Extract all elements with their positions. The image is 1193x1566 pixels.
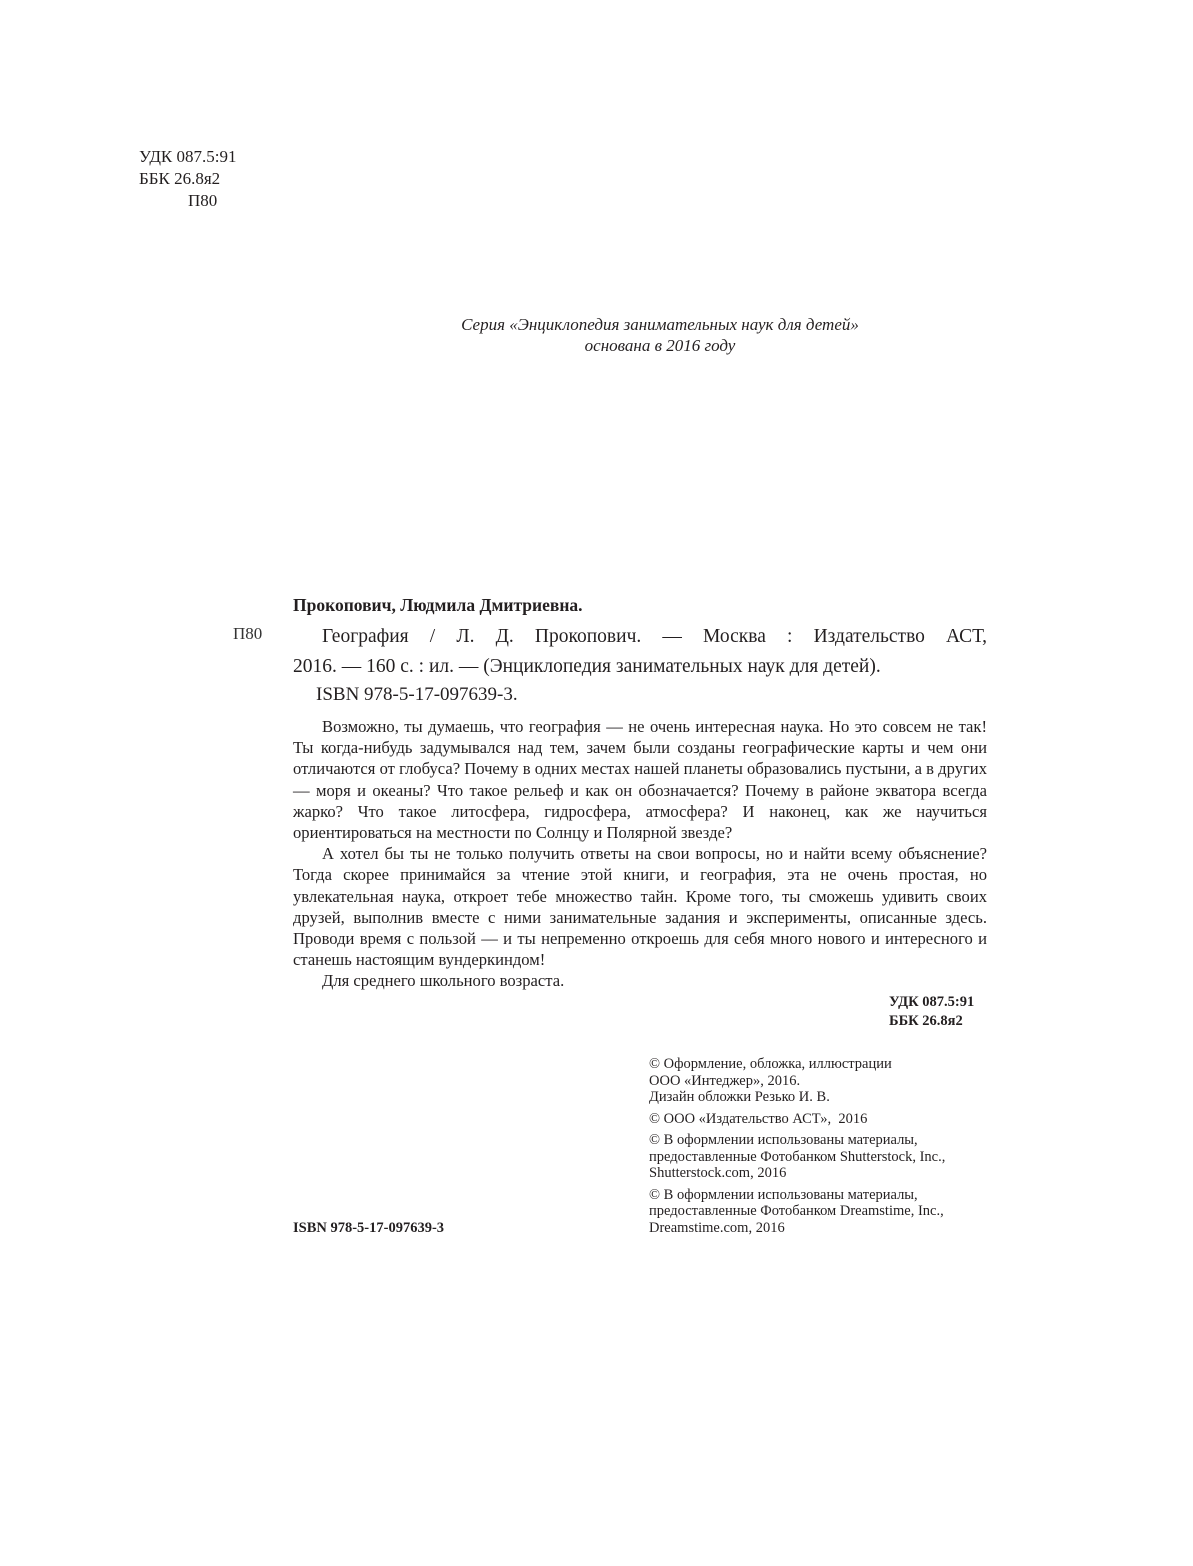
annotation-paragraph-3: Для среднего школьного возраста. [293, 970, 987, 991]
classification-codes: УДК 087.5:91 ББК 26.8я2 П80 [139, 146, 236, 212]
copyright-line: предоставленные Фотобанком Shutterstock,… [649, 1149, 945, 1165]
bibliographic-description: География / Л. Д. Прокопович. — Москва :… [293, 622, 987, 682]
copyright-design: © Оформление, обложка, иллюстрации ООО «… [649, 1056, 1009, 1106]
classification-bottom: УДК 087.5:91 ББК 26.8я2 [889, 993, 974, 1031]
udk-code: УДК 087.5:91 [139, 146, 236, 168]
isbn-bottom: ISBN 978-5-17-097639-3 [293, 1220, 444, 1237]
copyright-line: Shutterstock.com, 2016 [649, 1165, 786, 1181]
udk-code-bottom: УДК 087.5:91 [889, 993, 974, 1012]
record-isbn: ISBN 978-5-17-097639-3. [316, 684, 518, 706]
record-author: Прокопович, Людмила Дмитриевна. [293, 595, 583, 616]
bbk-code-bottom: ББК 26.8я2 [889, 1012, 974, 1031]
copyright-line: Dreamstime.com, 2016 [649, 1220, 785, 1236]
bbk-code: ББК 26.8я2 [139, 168, 236, 190]
biblio-line-1: География / Л. Д. Прокопович. — Москва :… [293, 622, 987, 652]
author-sign: П80 [139, 190, 236, 212]
annotation-paragraph-2: А хотел бы ты не только получить ответы … [293, 843, 987, 970]
copyright-line: предоставленные Фотобанком Dreamstime, I… [649, 1203, 944, 1219]
copyright-line: ООО «Интеджер», 2016. [649, 1073, 800, 1089]
record-author-sign: П80 [233, 624, 262, 644]
annotation: Возможно, ты думаешь, что география — не… [293, 716, 987, 992]
series-note: Серия «Энциклопедия занимательных наук д… [300, 314, 1020, 356]
biblio-line-2: 2016. — 160 с. : ил. — (Энциклопедия зан… [293, 652, 987, 682]
copyright-block: © Оформление, обложка, иллюстрации ООО «… [649, 1056, 1009, 1241]
copyright-line: © Оформление, обложка, иллюстрации [649, 1056, 892, 1072]
copyright-line: © ООО «Издательство АСТ», 2016 [649, 1111, 867, 1127]
series-line-1: Серия «Энциклопедия занимательных наук д… [300, 314, 1020, 335]
copyright-line: © В оформлении использованы материалы, [649, 1187, 918, 1203]
annotation-paragraph-1: Возможно, ты думаешь, что география — не… [293, 716, 987, 843]
copyright-publisher: © ООО «Издательство АСТ», 2016 [649, 1111, 1009, 1128]
copyright-line: Дизайн обложки Резько И. В. [649, 1089, 830, 1105]
copyright-dreamstime: © В оформлении использованы материалы, п… [649, 1187, 1009, 1237]
series-line-2: основана в 2016 году [300, 335, 1020, 356]
copyright-line: © В оформлении использованы материалы, [649, 1132, 918, 1148]
copyright-shutterstock: © В оформлении использованы материалы, п… [649, 1132, 1009, 1182]
